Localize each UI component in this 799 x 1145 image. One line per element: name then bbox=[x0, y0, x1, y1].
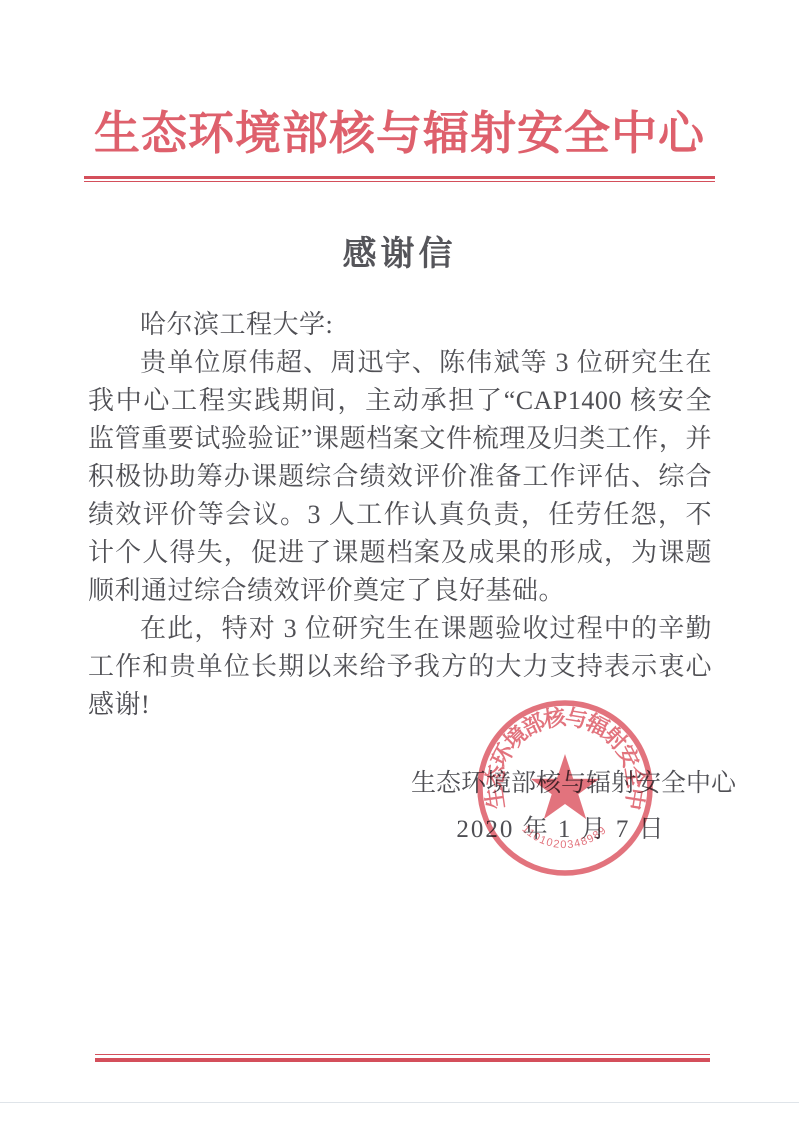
letter-title: 感谢信 bbox=[0, 226, 799, 275]
footer-double-rule bbox=[95, 1054, 710, 1062]
official-seal-stamp: 生态环境部核与辐射安全中心 1101020348989 bbox=[470, 693, 660, 883]
svg-text:1101020348989: 1101020348989 bbox=[519, 823, 610, 851]
scan-artifact-line bbox=[0, 1102, 799, 1103]
letter-body: 哈尔滨工程大学: 贵单位原伟超、周迅宇、陈伟斌等 3 位研究生在我中心工程实践期… bbox=[88, 306, 712, 724]
letterhead-org-name: 生态环境部核与辐射安全中心 bbox=[0, 98, 799, 170]
salutation: 哈尔滨工程大学: bbox=[88, 306, 712, 344]
letterhead-double-rule bbox=[84, 176, 715, 182]
seal-code-text: 1101020348989 bbox=[519, 823, 610, 851]
scanned-letter-page: 生态环境部核与辐射安全中心 感谢信 哈尔滨工程大学: 贵单位原伟超、周迅宇、陈伟… bbox=[0, 0, 799, 1145]
seal-star-icon bbox=[531, 754, 599, 819]
paragraph-1: 贵单位原伟超、周迅宇、陈伟斌等 3 位研究生在我中心工程实践期间，主动承担了“C… bbox=[88, 344, 712, 610]
